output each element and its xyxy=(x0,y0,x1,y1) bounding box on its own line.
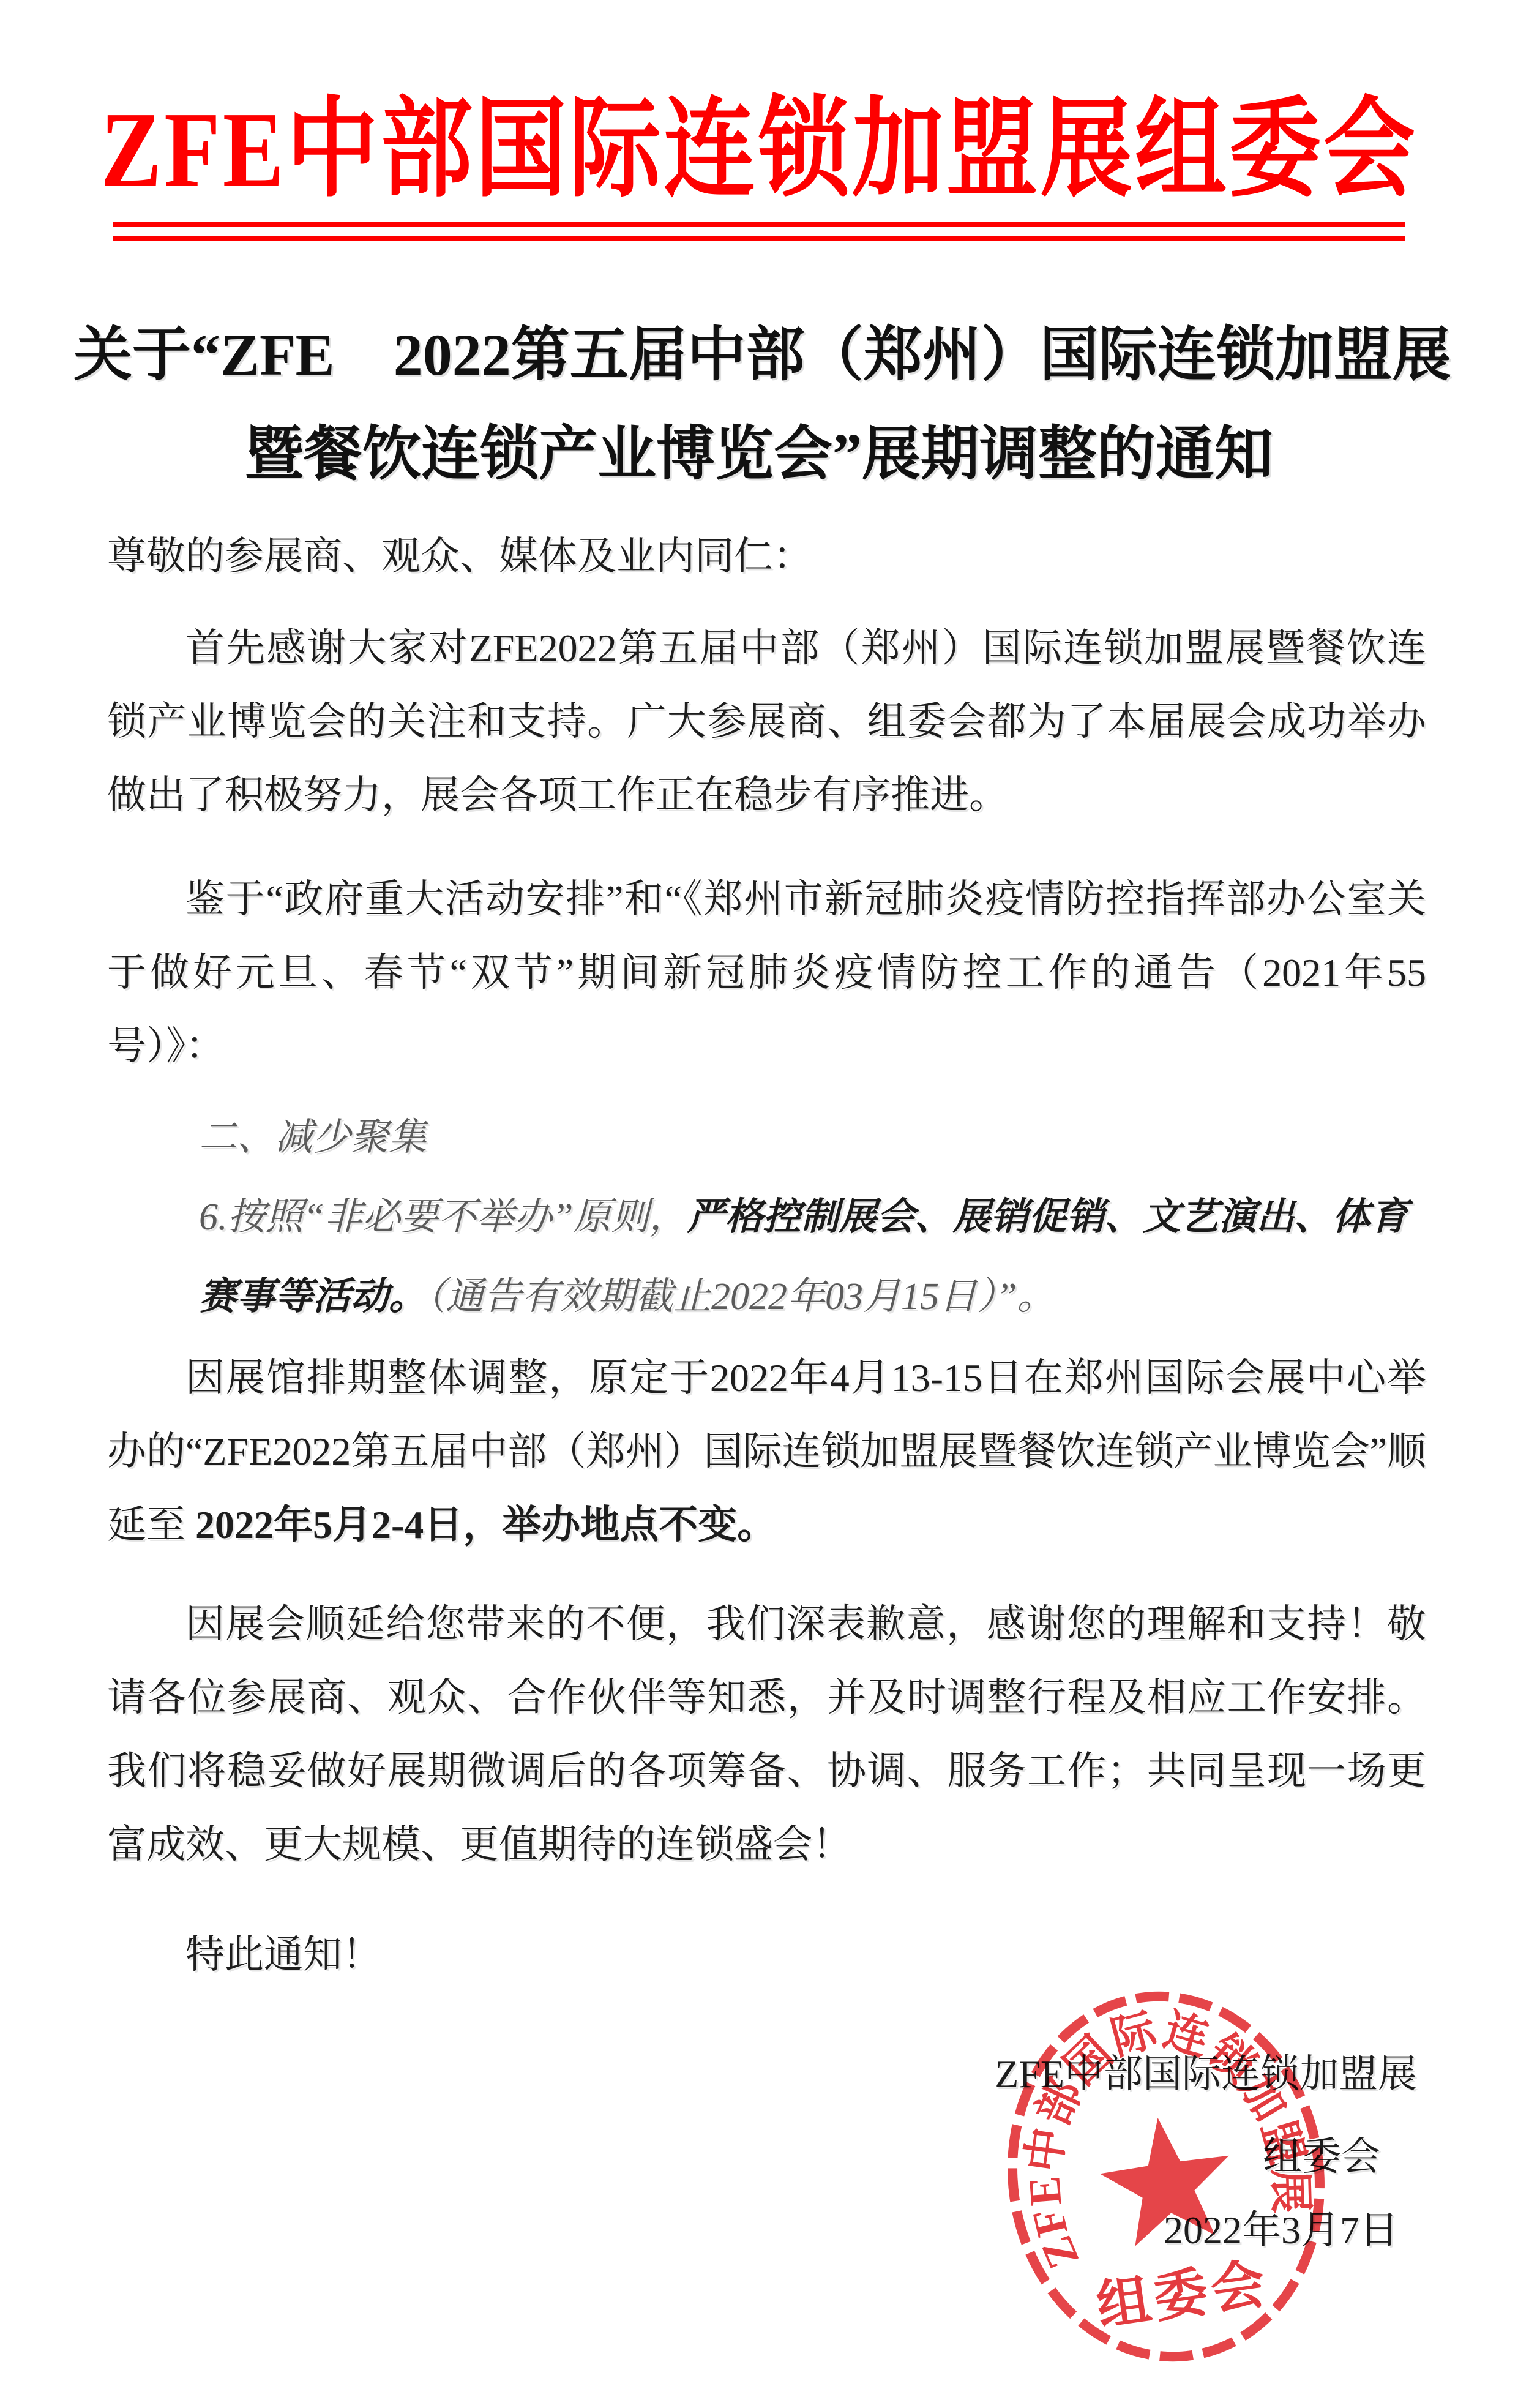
letterhead-rule-bottom xyxy=(113,236,1405,241)
notice-document: ZFE中部国际连锁加盟展组委会 关于“ZFE 2022第五届中部（郑州）国际连锁… xyxy=(0,0,1518,2408)
paragraph-apology: 因展会顺延给您带来的不便，我们深表歉意，感谢您的理解和支持！敬请各位参展商、观众… xyxy=(107,1588,1426,1881)
notice-body: 尊敬的参展商、观众、媒体及业内同仁： 首先感谢大家对ZFE2022第五届中部（郑… xyxy=(107,520,1426,2267)
policy-quote-block: 二、减少聚集 6.按照“非必要不举办”原则，严格控制展会、展销促销、文艺演出、体… xyxy=(199,1098,1426,1337)
paragraph-thanks: 首先感谢大家对ZFE2022第五届中部（郑州）国际连锁加盟展暨餐饮连锁产业博览会… xyxy=(107,612,1426,832)
notice-title-line2: 暨餐饮连锁产业博览会”展期调整的通知 xyxy=(73,405,1445,504)
closing-statement: 特此通知！ xyxy=(107,1918,1426,1992)
quote-rule-emphasis: 严格控制展会、展销促销、文艺演出、体育 xyxy=(687,1196,1408,1238)
letterhead-rule-top xyxy=(113,222,1405,227)
quote-rule-line: 6.按照“非必要不举办”原则，严格控制展会、展销促销、文艺演出、体育 xyxy=(199,1177,1426,1257)
letterhead-divider xyxy=(113,222,1405,241)
paragraph-reschedule: 因展馆排期整体调整，原定于2022年4月13-15日在郑州国际会展中心举办的“Z… xyxy=(107,1341,1426,1562)
quote-rule-line-2: 赛事等活动。（通告有效期截止2022年03月15日）”。 xyxy=(199,1257,1426,1337)
signature-org-line1: ZFE中部国际连锁加盟展 xyxy=(107,2038,1426,2111)
salutation: 尊敬的参展商、观众、媒体及业内同仁： xyxy=(107,520,1426,593)
notice-title: 关于“ZFE 2022第五届中部（郑州）国际连锁加盟展 暨餐饮连锁产业博览会”展… xyxy=(73,306,1445,504)
signature-date: 2022年3月7日 xyxy=(107,2194,1426,2267)
letterhead-org-title: ZFE中部国际连锁加盟展组委会 xyxy=(100,96,1418,204)
quote-rule-emphasis-2: 赛事等活动。 xyxy=(199,1276,427,1318)
letterhead: ZFE中部国际连锁加盟展组委会 xyxy=(0,0,1518,241)
paragraph-policy-basis: 鉴于“政府重大活动安排”和“《郑州市新冠肺炎疫情防控指挥部办公室关于做好元旦、春… xyxy=(107,863,1426,1083)
signature-block: ZFE中部国际连锁加盟展 组委会 2022年3月7日 xyxy=(107,2038,1426,2267)
new-dates-emphasis: 2022年5月2-4日，举办地点不变。 xyxy=(195,1503,776,1547)
notice-title-line1: 关于“ZFE 2022第五届中部（郑州）国际连锁加盟展 xyxy=(73,306,1445,405)
quote-rule-prefix: 6.按照“非必要不举办”原则， xyxy=(199,1196,687,1238)
quote-validity-note: （通告有效期截止2022年03月15日）”。 xyxy=(427,1276,1055,1318)
quote-heading: 二、减少聚集 xyxy=(199,1098,1426,1177)
signature-org-line2: 组委会 xyxy=(107,2120,1426,2194)
